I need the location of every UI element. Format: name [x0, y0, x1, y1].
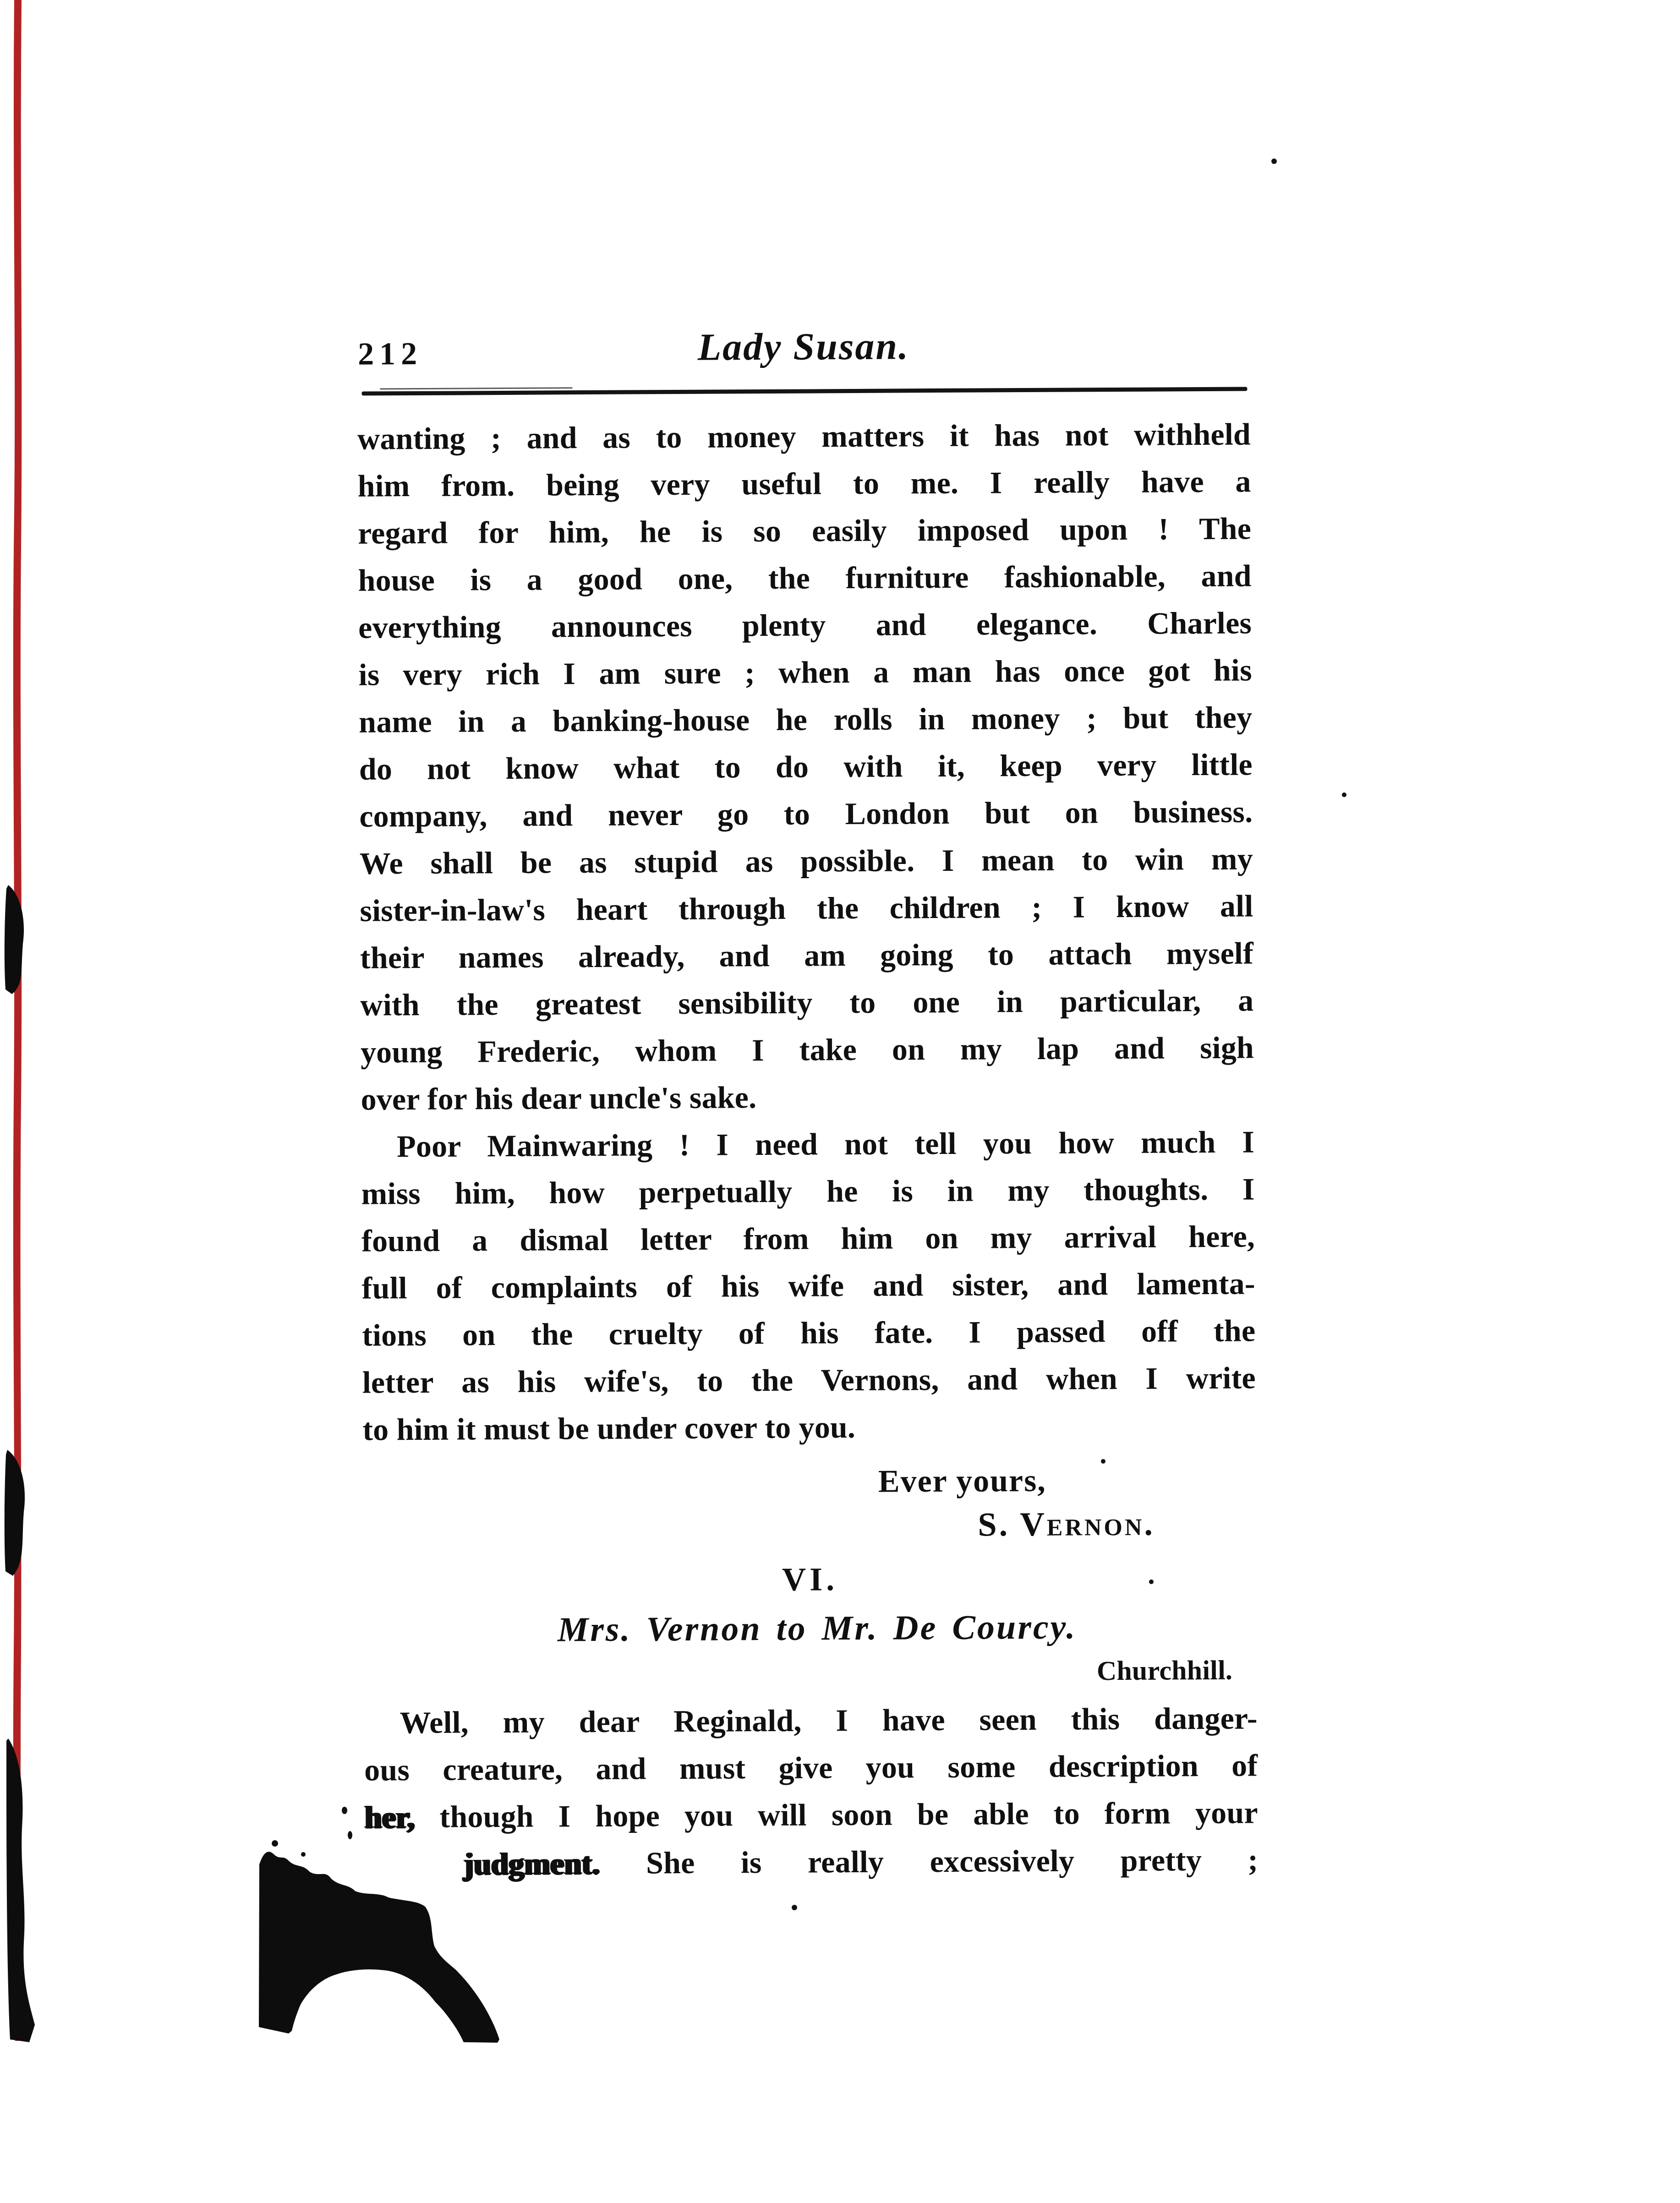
- body-line: is very rich I am sure ; when a man has …: [358, 646, 1252, 698]
- letter-heading: Mrs. Vernon to Mr. De Courcy.: [363, 1602, 1257, 1654]
- body-line: him from. being very useful to me. I rea…: [357, 458, 1251, 509]
- body-line: company, and never go to London but on b…: [359, 788, 1253, 840]
- body-line: judgment. She is really excessively pret…: [365, 1836, 1259, 1888]
- body-line-text: though I hope you will soon be able to f…: [439, 1795, 1258, 1834]
- body-line: Poor Mainwaring ! I need not tell you ho…: [361, 1118, 1255, 1170]
- body-line: Well, my dear Reginald, I have seen this…: [364, 1695, 1258, 1746]
- body-line: miss him, how perpetually he is in my th…: [361, 1165, 1255, 1217]
- body-line: do not know what to do with it, keep ver…: [359, 741, 1253, 793]
- body-line: everything announces plenty and elegance…: [358, 599, 1252, 651]
- body-line: young Frederic, whom I take on my lap an…: [361, 1024, 1254, 1076]
- body-line: ous creature, and must give you some des…: [364, 1742, 1258, 1793]
- body-line: full of complaints of his wife and siste…: [361, 1260, 1255, 1312]
- body-line: regard for him, he is so easily imposed …: [358, 505, 1252, 557]
- body-line: house is a good one, the furniture fashi…: [358, 552, 1252, 604]
- body-line: her, though I hope you will soon be able…: [365, 1789, 1259, 1841]
- body-line: with the greatest sensibility to one in …: [360, 977, 1254, 1028]
- body-line: their names already, and am going to att…: [360, 929, 1254, 981]
- body-line: over for his dear uncle's sake.: [361, 1071, 1254, 1123]
- smudged-word: judgment.: [463, 1846, 600, 1881]
- body-line: name in a banking-house he rolls in mone…: [359, 694, 1253, 745]
- valediction: Ever yours,: [363, 1456, 1257, 1508]
- letter-number: VI.: [363, 1552, 1257, 1607]
- letter-body: wanting ; and as to money matters it has…: [357, 410, 1259, 1888]
- page-header: 212 Lady Susan.: [357, 323, 1251, 388]
- smudged-word: her,: [365, 1799, 415, 1835]
- body-line-text: She is really excessively pretty ;: [646, 1842, 1259, 1880]
- dateline: Churchhill.: [364, 1650, 1257, 1695]
- body-line: tions on the cruelty of his fate. I pass…: [362, 1307, 1256, 1359]
- body-line: found a dismal letter from him on my arr…: [361, 1213, 1255, 1264]
- body-line: wanting ; and as to money matters it has…: [357, 410, 1251, 462]
- running-title: Lady Susan.: [357, 325, 1250, 368]
- book-page: 212 Lady Susan. wanting ; and as to mone…: [0, 0, 1680, 2203]
- body-line: We shall be as stupid as possible. I mea…: [360, 835, 1253, 887]
- body-line: sister-in-law's heart through the childr…: [360, 882, 1253, 934]
- header-rule: [361, 387, 1247, 395]
- body-line: letter as his wife's, to the Vernons, an…: [362, 1354, 1256, 1406]
- body-line: to him it must be under cover to you.: [362, 1401, 1256, 1453]
- signature: S. Vernon.: [363, 1500, 1256, 1551]
